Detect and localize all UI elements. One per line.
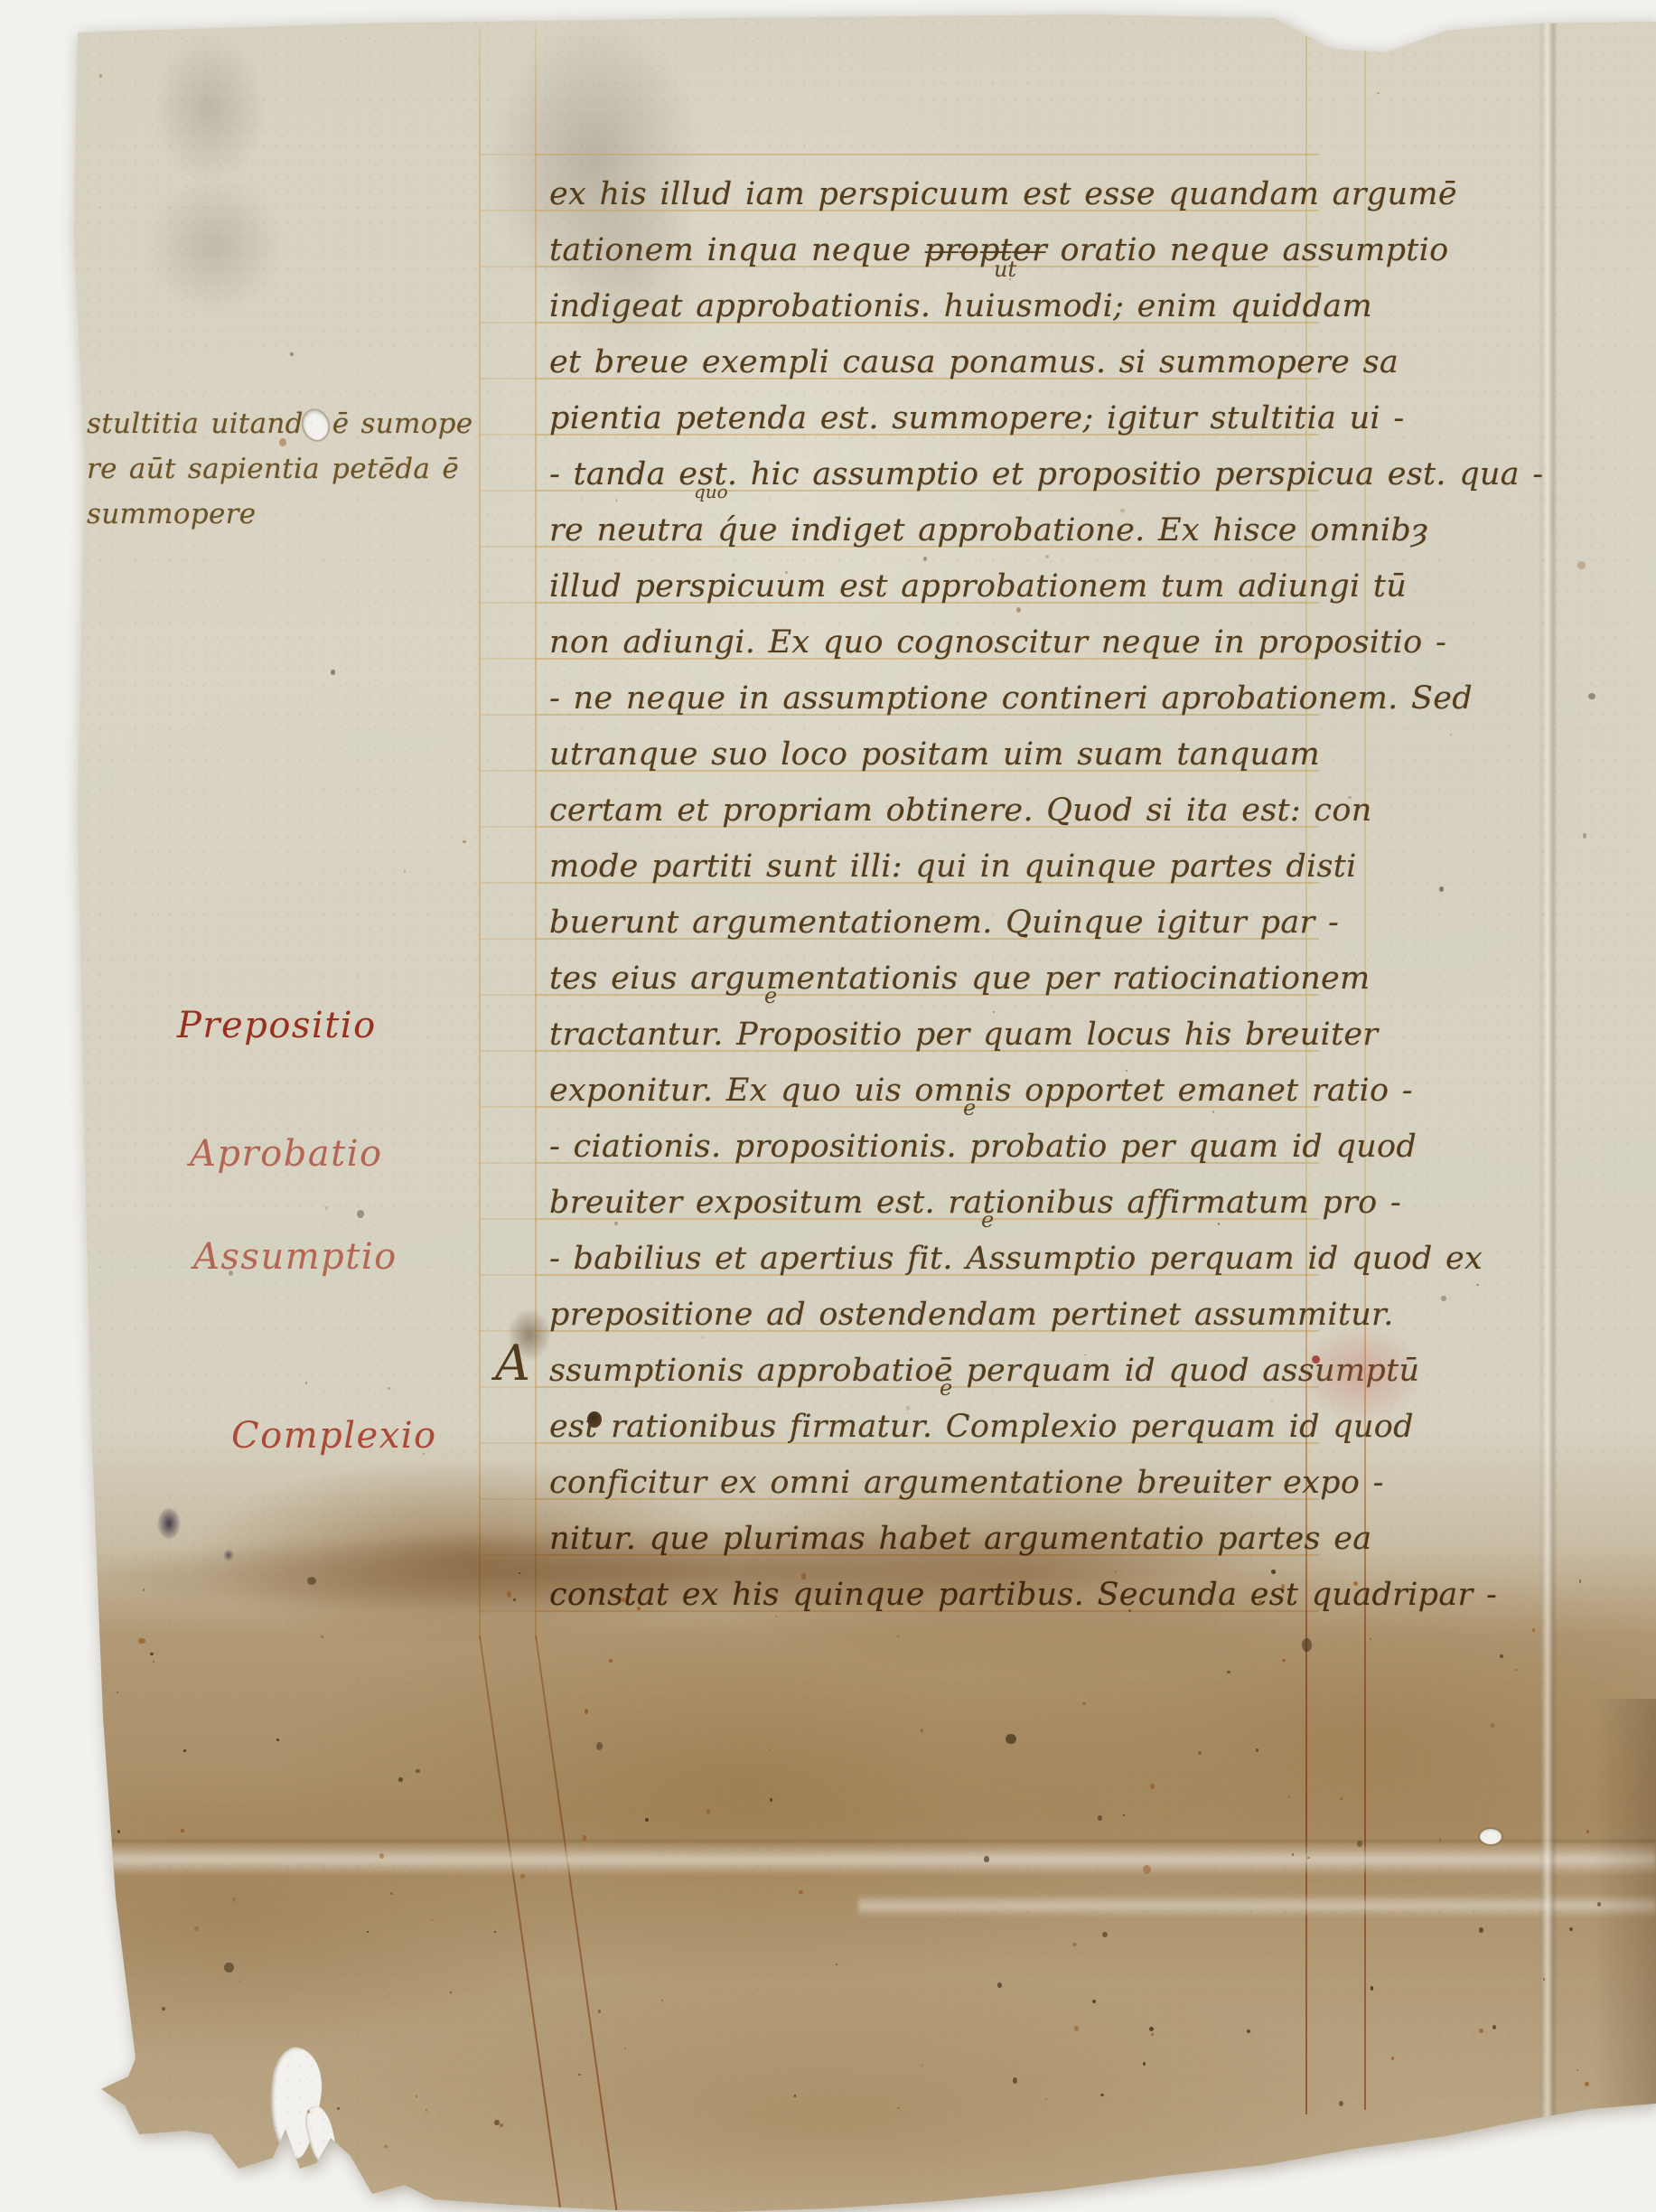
ink-blot-small <box>223 1549 234 1561</box>
speck <box>702 1336 704 1338</box>
speck <box>307 1577 316 1586</box>
rubric-assumptio: Assumptio <box>193 1236 398 1278</box>
text-line: tes eius argumentationis que per ratioci… <box>549 951 1367 1007</box>
speck <box>1150 1784 1155 1789</box>
speck <box>1353 1581 1358 1586</box>
gloss-line: summopere <box>87 492 475 537</box>
speck <box>897 1636 899 1637</box>
speck <box>645 1818 649 1822</box>
speck <box>1281 1584 1286 1589</box>
interlinear-ut: ut <box>994 258 1016 280</box>
interlinear-est-probatio: ē <box>963 1097 976 1119</box>
speck <box>1151 2033 1154 2036</box>
speck <box>388 1387 390 1390</box>
speck <box>1287 1795 1290 1798</box>
speck <box>325 1206 328 1210</box>
text-line: - tanda est. hic assumptio et propositio… <box>549 446 1367 502</box>
speck <box>1123 1814 1125 1816</box>
speck <box>1532 1628 1536 1632</box>
text-line: certam et propriam obtinere. Quod si ita… <box>549 783 1367 839</box>
speck <box>183 1749 186 1753</box>
speck <box>305 1382 308 1384</box>
speck <box>622 1598 625 1603</box>
speck <box>1307 1857 1310 1860</box>
speck <box>1348 796 1351 799</box>
speck <box>201 2154 205 2159</box>
speck <box>785 571 788 574</box>
speck <box>1377 92 1379 94</box>
speck <box>1441 1296 1446 1302</box>
text-line: - ciationis. propositionis. probatio per… <box>549 1119 1367 1175</box>
horizontal-crease-highlight <box>81 1843 1656 1876</box>
text-line: tractantur. Propositio per quam locus hi… <box>549 1007 1367 1063</box>
speck <box>494 2120 500 2126</box>
speck <box>1500 1654 1503 1658</box>
speck <box>1100 2094 1104 2097</box>
gloss-line: re aūt sapientia petēda ē <box>87 446 475 492</box>
speck <box>1082 1702 1086 1705</box>
parchment: stultitia uitanda ē sumope re aūt sapien… <box>0 0 1656 2212</box>
text-line: tationem inqua neque p̶r̶o̶p̶t̶e̶r̶ orat… <box>549 222 1367 278</box>
speck <box>1439 886 1444 893</box>
horizontal-crease-shadow <box>81 1840 1656 1842</box>
margin-gloss: stultitia uitanda ē sumope re aūt sapien… <box>87 401 475 537</box>
speck <box>1450 734 1452 736</box>
rubric-prepositio: Prepositio <box>177 1005 377 1046</box>
speck <box>614 1222 618 1226</box>
speck <box>1569 1927 1573 1931</box>
text-line: non adiungi. Ex quo cognoscitur neque in… <box>549 614 1367 670</box>
speck <box>1543 1978 1545 1981</box>
speck <box>1024 933 1027 938</box>
text-line: indigeat approbationis. huiusmodi; enim … <box>549 278 1367 334</box>
interlinear-quo: quo <box>694 481 728 502</box>
gutter-rulings <box>479 154 535 1617</box>
speck <box>384 2145 388 2148</box>
speck <box>836 1964 837 1965</box>
speck <box>124 2105 126 2107</box>
speck <box>1576 2069 1578 2071</box>
speck <box>1476 1284 1479 1287</box>
interlinear-est-assumptio: ē <box>981 1209 994 1231</box>
speck <box>1013 2077 1017 2084</box>
speck <box>404 870 406 872</box>
speck <box>1577 561 1586 569</box>
speck <box>596 1742 603 1750</box>
manuscript-photo: stultitia uitanda ē sumope re aūt sapien… <box>0 0 1656 2212</box>
speck <box>1339 2101 1343 2107</box>
horizontal-crease-highlight-2 <box>858 1894 1656 1917</box>
parchment-hole-dark <box>587 1411 602 1428</box>
red-pigment-dot <box>1312 1355 1320 1364</box>
speck <box>143 1589 145 1591</box>
speck <box>1583 833 1587 839</box>
speck <box>357 1210 364 1218</box>
rubric-aprobatio: Aprobatio <box>190 1133 383 1175</box>
speck <box>86 1650 89 1654</box>
speck <box>1198 1751 1202 1756</box>
speck <box>1098 1815 1102 1820</box>
speck <box>162 2007 165 2011</box>
speck <box>1588 2146 1592 2150</box>
speck <box>307 2110 310 2114</box>
speck <box>1588 693 1595 699</box>
text-line: ssumptionis approbatioē perquam id quod … <box>549 1343 1367 1399</box>
speck <box>290 352 293 356</box>
speck <box>770 1798 772 1802</box>
text-line: re neutra q́ue indiget approbatione. Ex … <box>549 502 1367 558</box>
speck <box>1371 1986 1374 1991</box>
speck <box>379 1853 384 1859</box>
speck <box>450 1992 452 1993</box>
text-line: breuiter expositum est. rationibus affir… <box>549 1175 1367 1231</box>
parchment-hole-2 <box>1480 1829 1502 1844</box>
speck <box>1439 1838 1441 1841</box>
speck <box>1391 2057 1394 2060</box>
speck <box>609 1659 613 1663</box>
speck <box>331 670 335 675</box>
speck <box>1128 1609 1131 1612</box>
speck <box>224 1963 233 1973</box>
text-line: exponitur. Ex quo uis omnis opportet ema… <box>549 1063 1367 1119</box>
text-line: prepositione ad ostendendam pertinet ass… <box>549 1287 1367 1343</box>
speck <box>279 438 286 446</box>
speck <box>99 74 102 78</box>
speck <box>1585 2082 1589 2086</box>
speck <box>922 2065 923 2066</box>
text-line: utranque suo loco positam uim suam tanqu… <box>549 726 1367 783</box>
speck <box>117 1692 118 1693</box>
parchment-shadow: stultitia uitanda ē sumope re aūt sapien… <box>0 0 1656 2212</box>
interlinear-est-complexio: ē <box>940 1377 952 1399</box>
text-line: - babilius et apertius fit. Assumptio pe… <box>549 1231 1367 1287</box>
speck <box>794 2095 796 2097</box>
text-line: illud perspicuum est approbationem tum a… <box>549 558 1367 614</box>
speck <box>1045 2098 1047 2100</box>
left-ruling-line-inner <box>535 27 537 1639</box>
red-pigment-smudge <box>1299 1326 1453 1462</box>
text-line: - ne neque in assumptione contineri apro… <box>549 670 1367 726</box>
speck <box>1357 1841 1362 1847</box>
speck <box>1143 1865 1151 1874</box>
speck <box>138 1638 145 1644</box>
speck <box>1143 2062 1146 2066</box>
main-text-column: ex his illud iam perspicuum est esse qua… <box>549 166 1367 1623</box>
interlinear-est-propositio: ē <box>764 985 777 1007</box>
speck <box>423 1453 425 1455</box>
bottom-stain <box>0 1428 1656 2212</box>
speck <box>1492 2025 1496 2030</box>
speck <box>1102 1932 1108 1937</box>
speck <box>906 1406 910 1411</box>
text-line: ex his illud iam perspicuum est esse qua… <box>549 166 1367 222</box>
speck <box>775 1616 777 1617</box>
speck <box>1074 2026 1079 2030</box>
speck <box>801 1573 806 1579</box>
speck <box>1258 1600 1262 1605</box>
speck <box>1120 509 1124 512</box>
speck <box>426 2109 427 2112</box>
text-line: et breue exempli causa ponamus. si summo… <box>549 334 1367 390</box>
speck <box>1006 1734 1016 1744</box>
speck <box>229 1270 233 1276</box>
speck <box>984 1856 988 1862</box>
speck <box>494 1931 496 1933</box>
text-line: pientia petenda est. summopere; igitur s… <box>549 390 1367 446</box>
speck <box>94 1724 96 1726</box>
text-line: mode partiti sunt illi: qui in quinque p… <box>549 839 1367 895</box>
right-edge-shadow <box>1593 1699 1656 2123</box>
speck <box>1256 1748 1259 1751</box>
speck <box>1479 1927 1483 1933</box>
speck <box>463 840 466 844</box>
text-line: buerunt argumentationem. Quinque igitur … <box>549 895 1367 951</box>
speck <box>1256 808 1258 809</box>
speck <box>1016 607 1021 613</box>
vertical-fold-crease <box>1540 18 1557 2123</box>
left-ruling-line-outer <box>479 27 481 1639</box>
